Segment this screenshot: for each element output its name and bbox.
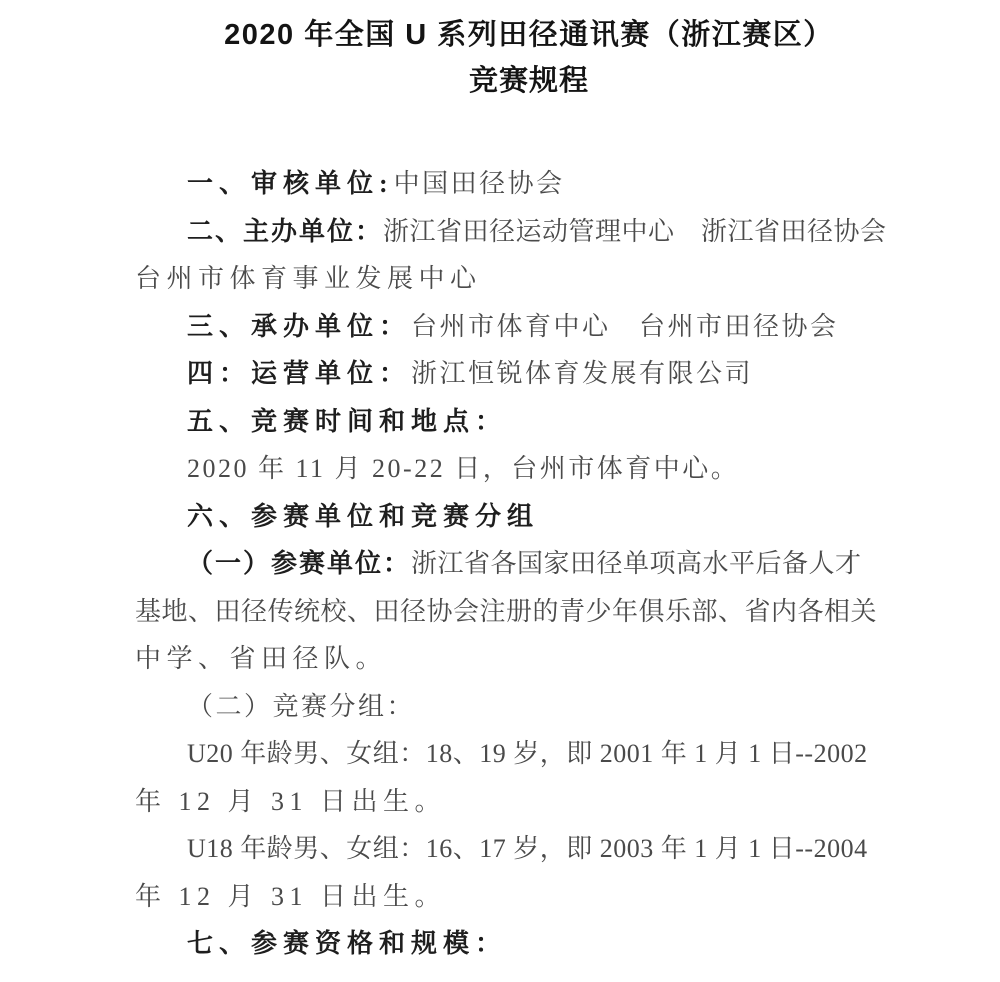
text-segment: 浙江省田径运动管理中心 浙江省田径协会 [383,217,887,246]
document-line: 六、参赛单位和竞赛分组 [135,493,940,541]
text-segment: （二）竞赛分组： [187,692,415,721]
document-subtitle: 竞赛规程 [58,58,1000,104]
heading-segment: （一）参赛单位： [187,549,411,578]
document-line: 2020 年 11 月 20-22 日，台州市体育中心。 [135,445,940,493]
heading-segment: 一、审核单位: [187,169,394,198]
document-line: U18 年龄男、女组：16、17 岁，即 2003 年 1 月 1 日--200… [135,825,940,873]
text-segment: U18 年龄男、女组：16、17 岁，即 2003 年 1 月 1 日--200… [187,834,868,863]
heading-segment: 二、主办单位： [187,217,383,246]
heading-segment: 六、参赛单位和竞赛分组 [187,502,539,531]
document-line: 年 12 月 31 日出生。 [135,778,940,826]
heading-segment: 四：运营单位： [187,359,411,388]
text-segment: 年 12 月 31 日出生。 [135,787,446,816]
document-title: 2020 年全国 U 系列田径通讯赛（浙江赛区） [58,12,1000,58]
document-line: 基地、田径传统校、田径协会注册的青少年俱乐部、省内各相关 [135,588,940,636]
heading-segment: 三、承办单位： [187,312,411,341]
text-segment: 浙江省各国家田径单项高水平后备人才 [411,549,862,578]
text-segment: 中学、省田径队。 [135,644,387,673]
document-body: 一、审核单位:中国田径协会二、主办单位：浙江省田径运动管理中心 浙江省田径协会台… [135,160,940,968]
document-line: （二）竞赛分组： [135,683,940,731]
document-line: 四：运营单位：浙江恒锐体育发展有限公司 [135,350,940,398]
document-line: 一、审核单位:中国田径协会 [135,160,940,208]
document-line: 七、参赛资格和规模： [135,920,940,968]
document-line: 年 12 月 31 日出生。 [135,873,940,921]
document-page: 2020 年全国 U 系列田径通讯赛（浙江赛区） 竞赛规程 一、审核单位:中国田… [0,0,1000,982]
text-segment: 台州市体育中心 台州市田径协会 [411,312,839,341]
document-line: （一）参赛单位：浙江省各国家田径单项高水平后备人才 [135,540,940,588]
heading-segment: 七、参赛资格和规模： [187,929,507,958]
document-line: 中学、省田径队。 [135,635,940,683]
text-segment: 2020 年 11 月 20-22 日，台州市体育中心。 [187,454,739,483]
text-segment: U20 年龄男、女组：18、19 岁，即 2001 年 1 月 1 日--200… [187,739,868,768]
document-line: 五、竞赛时间和地点： [135,398,940,446]
text-segment: 年 12 月 31 日出生。 [135,882,446,911]
text-segment: 台州市体育事业发展中心 [135,264,482,293]
document-line: 三、承办单位：台州市体育中心 台州市田径协会 [135,303,940,351]
heading-segment: 五、竞赛时间和地点： [187,407,507,436]
document-line: U20 年龄男、女组：18、19 岁，即 2001 年 1 月 1 日--200… [135,730,940,778]
text-segment: 浙江恒锐体育发展有限公司 [411,359,753,388]
document-line: 台州市体育事业发展中心 [135,255,940,303]
document-title-block: 2020 年全国 U 系列田径通讯赛（浙江赛区） 竞赛规程 [0,0,1000,104]
document-line: 二、主办单位：浙江省田径运动管理中心 浙江省田径协会 [135,208,940,256]
text-segment: 基地、田径传统校、田径协会注册的青少年俱乐部、省内各相关 [135,597,877,626]
text-segment: 中国田径协会 [394,169,565,198]
